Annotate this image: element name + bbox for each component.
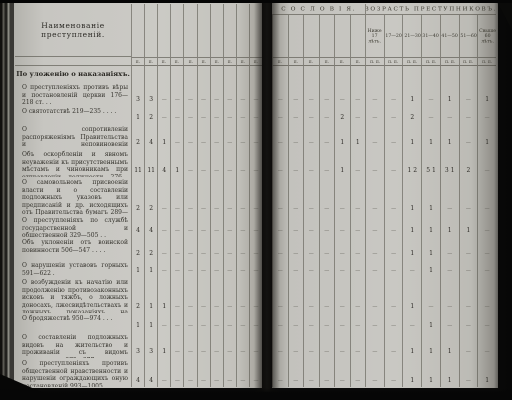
column-header-vertical: Духовнаго званія. (197, 4, 210, 57)
age-column-header: 31—40 (421, 15, 440, 57)
data-cell: — (421, 82, 440, 106)
data-cell: 1 (440, 215, 459, 237)
empty-cell (440, 66, 459, 82)
data-cell: — (365, 124, 384, 149)
data-cell: 1 (402, 332, 421, 358)
crime-label: Объ уклоненіи отъ воинской повинности 50… (15, 237, 131, 260)
data-cell: — (210, 106, 223, 124)
data-cell: 1 (421, 237, 440, 260)
crime-label: О святотатствѣ 219—235 . . . . (15, 106, 131, 124)
data-cell: 1 (402, 237, 421, 260)
data-cell: — (183, 149, 196, 177)
data-cell: — (384, 177, 403, 215)
column-header-vertical: Число осужден- ныхъ. (144, 4, 157, 57)
empty-cell (303, 66, 319, 82)
data-cell: — (170, 358, 183, 387)
data-cell: — (459, 260, 478, 277)
data-cell: 1 (402, 277, 421, 313)
data-cell: — (288, 332, 304, 358)
data-cell: — (236, 124, 249, 149)
data-cell: — (319, 124, 335, 149)
data-cell: — (384, 106, 403, 124)
data-cell: — (384, 313, 403, 332)
empty-cell (288, 66, 304, 82)
data-cell: — (197, 149, 210, 177)
scanned-ledger-photo: Наименованіе преступленій. Число преступ… (0, 0, 512, 400)
sub-marker-pair: п. п. (440, 57, 459, 66)
data-cell: — (170, 124, 183, 149)
data-cell: 1 (402, 215, 421, 237)
data-cell: — (236, 358, 249, 387)
data-cell: — (236, 260, 249, 277)
column-header-vertical: Почетн. гражд. и чиновн. (183, 4, 196, 57)
data-cell: 1 (131, 106, 144, 124)
data-cell: — (421, 106, 440, 124)
data-cell: — (440, 237, 459, 260)
estates-group-header: С О С Л О В І Я. (272, 4, 365, 15)
data-cell: — (303, 313, 319, 332)
crime-label: О бродяжествѣ 950—974 . . . (15, 313, 131, 332)
data-cell: 1 (421, 215, 440, 237)
data-cell: 2 (144, 177, 157, 215)
data-cell: — (334, 332, 350, 358)
data-cell: — (384, 124, 403, 149)
data-cell: — (334, 82, 350, 106)
data-cell: — (459, 358, 478, 387)
column-header-vertical: Разночинцевъ. (288, 15, 304, 57)
empty-cell (183, 66, 196, 82)
data-cell: 1 (421, 313, 440, 332)
data-cell: — (210, 124, 223, 149)
data-cell: — (365, 260, 384, 277)
data-cell: 2 (144, 106, 157, 124)
crime-label: Объ оскорбленіи и явномъ неуваженіи къ п… (15, 149, 131, 177)
age-of-criminals-group-header: ВОЗРАСТЬ ПРЕСТУПНИКОВЪ. (365, 4, 496, 15)
data-cell: — (223, 237, 236, 260)
data-cell: — (288, 277, 304, 313)
data-cell: — (440, 177, 459, 215)
data-cell: — (210, 82, 223, 106)
crime-label: О сопротивленіи распоряженіямъ Правитель… (15, 124, 131, 149)
data-cell: 1 (144, 313, 157, 332)
sub-marker-pair: п. п. (459, 57, 478, 66)
sub-marker: п. (183, 57, 196, 66)
column-header-vertical: Крестьянъ. (236, 4, 249, 57)
data-cell: — (197, 82, 210, 106)
data-cell: — (170, 237, 183, 260)
data-cell: — (350, 237, 366, 260)
data-cell: — (319, 260, 335, 277)
sub-marker: п. (131, 57, 144, 66)
sub-marker-pair: п. п. (365, 57, 384, 66)
data-cell: 1 (131, 313, 144, 332)
data-cell: — (288, 106, 304, 124)
data-cell: — (319, 106, 335, 124)
data-cell: 1 (157, 277, 170, 313)
data-cell: — (183, 332, 196, 358)
data-cell: — (223, 332, 236, 358)
data-cell: 1 (440, 124, 459, 149)
sub-marker: п. (288, 57, 304, 66)
data-cell: — (236, 237, 249, 260)
data-cell: — (183, 313, 196, 332)
empty-cell (402, 66, 421, 82)
data-cell: — (384, 237, 403, 260)
data-cell: — (197, 106, 210, 124)
empty-cell (223, 66, 236, 82)
data-cell: 1 (131, 260, 144, 277)
left-page-table: Наименованіе преступленій. Число преступ… (15, 4, 262, 388)
data-cell: — (303, 149, 319, 177)
data-cell: — (170, 106, 183, 124)
page-corner-shadow-top-right (496, 0, 512, 30)
empty-cell (319, 66, 335, 82)
data-cell: — (210, 358, 223, 387)
data-cell: — (384, 215, 403, 237)
data-cell: — (236, 177, 249, 215)
data-cell: — (303, 106, 319, 124)
data-cell: — (334, 215, 350, 237)
data-cell: 1 (402, 82, 421, 106)
data-cell: — (303, 124, 319, 149)
column-header-vertical: Мѣщанъ. (223, 4, 236, 57)
data-cell: — (183, 277, 196, 313)
crime-label: О нарушеніи уставовъ горныхъ 591—622 . (15, 260, 131, 277)
data-cell: 4 (144, 358, 157, 387)
sub-marker-pair: п. п. (402, 57, 421, 66)
data-cell: — (459, 277, 478, 313)
empty-cell (197, 66, 210, 82)
data-cell: — (223, 82, 236, 106)
sub-marker: п. (319, 57, 335, 66)
data-cell: — (157, 237, 170, 260)
data-cell: — (197, 358, 210, 387)
data-cell: — (365, 82, 384, 106)
data-cell: — (223, 277, 236, 313)
data-cell: — (170, 260, 183, 277)
data-cell: 3 1 (440, 149, 459, 177)
column-header-vertical: Дворянъ потомствен. (157, 4, 170, 57)
data-cell: — (350, 106, 366, 124)
sub-marker: п. (303, 57, 319, 66)
data-cell: — (197, 237, 210, 260)
data-cell: — (303, 332, 319, 358)
sub-marker: п. (350, 57, 366, 66)
age-column-header: 51—60 (459, 15, 478, 57)
section-header: По уложенію о наказаніяхъ. (15, 66, 131, 82)
column-header-vertical: Число преступленій. (131, 4, 144, 57)
data-cell: — (350, 149, 366, 177)
data-cell: — (223, 106, 236, 124)
data-cell: — (197, 260, 210, 277)
data-cell: — (365, 358, 384, 387)
empty-cell (459, 66, 478, 82)
data-cell: — (402, 260, 421, 277)
empty-cell (131, 66, 144, 82)
sub-marker: п. (236, 57, 249, 66)
data-cell: — (440, 313, 459, 332)
data-cell: — (319, 82, 335, 106)
data-cell: 2 (131, 277, 144, 313)
data-cell: 4 (157, 149, 170, 177)
data-cell: — (384, 277, 403, 313)
data-cell: — (183, 358, 196, 387)
data-cell: — (223, 215, 236, 237)
data-cell: — (210, 277, 223, 313)
data-cell: — (210, 177, 223, 215)
data-cell: — (210, 215, 223, 237)
empty-cell (144, 66, 157, 82)
data-cell: — (384, 332, 403, 358)
data-cell: 1 2 (402, 149, 421, 177)
data-cell: — (223, 313, 236, 332)
column-header-vertical: Купцовъ. (210, 4, 223, 57)
data-cell: — (350, 332, 366, 358)
data-cell: 1 (421, 332, 440, 358)
data-cell: 2 (334, 106, 350, 124)
data-cell: — (170, 313, 183, 332)
data-cell: — (384, 149, 403, 177)
data-cell: — (170, 177, 183, 215)
age-column-header: Ниже 17 лѣтъ. (365, 15, 384, 57)
data-cell: 1 (440, 82, 459, 106)
data-cell: — (334, 237, 350, 260)
data-cell: — (197, 277, 210, 313)
crime-name-column-header: Наименованіе преступленій. (15, 4, 131, 57)
data-cell: — (170, 277, 183, 313)
age-column-header: 21—30 (402, 15, 421, 57)
column-header-vertical: Дворянъ личныхъ. (170, 4, 183, 57)
data-cell: — (223, 124, 236, 149)
data-cell: — (157, 106, 170, 124)
data-cell: — (303, 277, 319, 313)
data-cell: — (319, 313, 335, 332)
data-cell: — (334, 260, 350, 277)
empty-cell (334, 66, 350, 82)
sub-marker: п. (170, 57, 183, 66)
data-cell: — (303, 177, 319, 215)
empty-cell (421, 66, 440, 82)
data-cell: 1 (157, 332, 170, 358)
empty-cell (157, 66, 170, 82)
data-cell: 1 (170, 149, 183, 177)
data-cell: — (319, 358, 335, 387)
data-cell: — (350, 277, 366, 313)
data-cell: — (197, 332, 210, 358)
data-cell: — (384, 260, 403, 277)
empty-cell (384, 66, 403, 82)
data-cell: — (183, 215, 196, 237)
data-cell: — (459, 82, 478, 106)
data-cell: — (288, 237, 304, 260)
data-cell: 11 (144, 149, 157, 177)
data-cell: — (303, 260, 319, 277)
data-cell: 11 (131, 149, 144, 177)
data-cell: — (319, 277, 335, 313)
data-cell: — (223, 260, 236, 277)
data-cell: — (459, 237, 478, 260)
data-cell: — (319, 237, 335, 260)
sub-marker-pair: п. п. (384, 57, 403, 66)
data-cell: — (459, 313, 478, 332)
data-cell: 1 (350, 124, 366, 149)
data-cell: — (210, 237, 223, 260)
data-cell: — (288, 313, 304, 332)
data-cell: — (350, 358, 366, 387)
data-cell: 1 (402, 124, 421, 149)
data-cell: 2 (459, 149, 478, 177)
data-cell: — (197, 313, 210, 332)
data-cell: — (303, 82, 319, 106)
data-cell: — (365, 277, 384, 313)
data-cell: — (236, 277, 249, 313)
data-cell: — (236, 313, 249, 332)
data-cell: 1 (144, 260, 157, 277)
data-cell: — (183, 237, 196, 260)
data-cell: — (365, 313, 384, 332)
data-cell: — (288, 215, 304, 237)
data-cell: 1 (440, 332, 459, 358)
data-cell: — (236, 332, 249, 358)
data-cell: — (350, 313, 366, 332)
data-cell: — (319, 177, 335, 215)
data-cell: 1 (421, 260, 440, 277)
sub-marker: п. (210, 57, 223, 66)
data-cell: 1 (421, 177, 440, 215)
data-cell: — (459, 177, 478, 215)
data-cell: — (350, 215, 366, 237)
data-cell: — (236, 149, 249, 177)
data-cell: 4 (131, 358, 144, 387)
data-cell: 2 (131, 237, 144, 260)
data-cell: — (365, 177, 384, 215)
data-cell: — (365, 332, 384, 358)
sub-marker: п. (157, 57, 170, 66)
column-header-vertical: Инородцевъ. (319, 15, 335, 57)
data-cell: — (288, 260, 304, 277)
empty-cell (210, 66, 223, 82)
data-cell: 1 (157, 124, 170, 149)
data-cell: 3 (144, 82, 157, 106)
column-header-vertical: Неизвѣстныхъ. (334, 15, 350, 57)
sub-marker: п. (223, 57, 236, 66)
data-cell: — (183, 106, 196, 124)
data-cell: — (319, 215, 335, 237)
data-cell: — (210, 260, 223, 277)
data-cell: — (319, 332, 335, 358)
data-cell: — (365, 149, 384, 177)
data-cell: — (384, 358, 403, 387)
data-cell: — (421, 277, 440, 313)
data-cell: 4 (144, 124, 157, 149)
sub-marker: п. (197, 57, 210, 66)
data-cell: 1 (402, 358, 421, 387)
data-cell: — (183, 177, 196, 215)
data-cell: — (210, 332, 223, 358)
data-cell: — (236, 215, 249, 237)
data-cell: — (157, 177, 170, 215)
data-cell: — (365, 215, 384, 237)
data-cell: — (288, 177, 304, 215)
data-cell: — (197, 215, 210, 237)
data-cell: — (197, 177, 210, 215)
data-cell: — (223, 149, 236, 177)
data-cell: — (157, 82, 170, 106)
photo-right-edge (494, 0, 512, 400)
data-cell: — (223, 358, 236, 387)
empty-cell (350, 66, 366, 82)
data-cell: 1 (459, 215, 478, 237)
data-cell: — (170, 332, 183, 358)
crime-label: О самовольномъ присвоеніи власти и о сос… (15, 177, 131, 215)
data-cell: — (183, 124, 196, 149)
data-cell: — (288, 358, 304, 387)
right-page-table: С О С Л О В І Я. ВОЗРАСТЬ ПРЕСТУПНИКОВЪ.… (272, 4, 496, 388)
empty-cell (170, 66, 183, 82)
data-cell: — (157, 358, 170, 387)
data-cell: — (288, 124, 304, 149)
data-cell: — (459, 106, 478, 124)
data-cell: — (319, 149, 335, 177)
data-cell: — (334, 177, 350, 215)
data-cell: — (384, 82, 403, 106)
data-cell: — (350, 260, 366, 277)
data-cell: — (183, 82, 196, 106)
data-cell: — (440, 260, 459, 277)
data-cell: — (210, 149, 223, 177)
empty-cell (365, 66, 384, 82)
data-cell: — (350, 82, 366, 106)
data-cell: — (157, 313, 170, 332)
data-cell: 1 (402, 177, 421, 215)
data-cell: — (157, 260, 170, 277)
data-cell: 1 (334, 149, 350, 177)
data-cell: — (350, 177, 366, 215)
photo-top-edge (0, 0, 512, 3)
data-cell: — (365, 237, 384, 260)
column-header-vertical: Сс.-каторж- ныхъ. (350, 15, 366, 57)
data-cell: — (303, 237, 319, 260)
data-cell: 2 (402, 106, 421, 124)
data-cell: — (183, 260, 196, 277)
data-cell: — (236, 82, 249, 106)
data-cell: — (459, 124, 478, 149)
data-cell: 1 (334, 124, 350, 149)
data-cell: 3 (144, 332, 157, 358)
book-gutter-shadow (254, 0, 280, 392)
data-cell: — (288, 149, 304, 177)
column-header-vertical: Иностран. подданныхъ. (303, 15, 319, 57)
data-cell: — (288, 82, 304, 106)
book-spine-page-edges (0, 2, 14, 392)
age-column-header: 41—50 (440, 15, 459, 57)
data-cell: — (223, 177, 236, 215)
data-cell: — (334, 313, 350, 332)
name-column-spacer (15, 57, 131, 66)
data-cell: — (459, 332, 478, 358)
data-cell: — (157, 215, 170, 237)
data-cell: 1 (421, 124, 440, 149)
data-cell: — (170, 82, 183, 106)
data-cell: 2 (144, 237, 157, 260)
data-cell: 3 (131, 82, 144, 106)
data-cell: — (236, 106, 249, 124)
data-cell: — (303, 215, 319, 237)
data-cell: 2 (131, 124, 144, 149)
crime-label: О преступленіяхъ по службѣ государственн… (15, 215, 131, 237)
data-cell: 1 (440, 358, 459, 387)
data-cell: 4 (144, 215, 157, 237)
